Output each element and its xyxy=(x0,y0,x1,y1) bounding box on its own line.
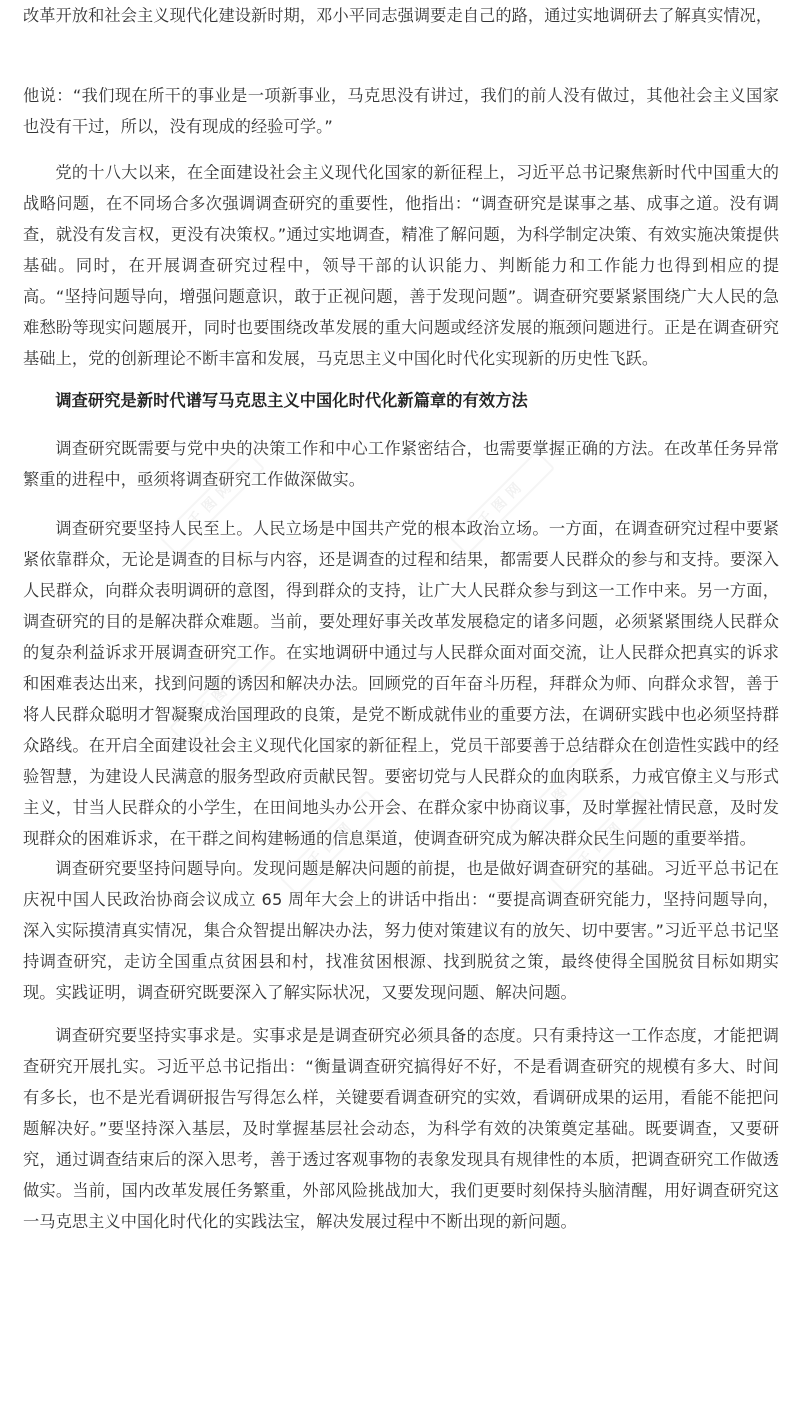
paragraph-method-intro: 调查研究既需要与党中央的决策工作和中心工作紧密结合，也需要掌握正确的方法。在改革… xyxy=(23,433,779,495)
paragraph-problem-oriented: 调查研究要坚持问题导向。发现问题是解决问题的前提，也是做好调查研究的基础。习近平… xyxy=(23,853,779,1008)
paragraph-deng-xiaoping-quote: 他说：“我们现在所干的事业是一项新事业，马克思没有讲过，我们的前人没有做过，其他… xyxy=(23,80,779,142)
paragraph-seek-truth: 调查研究要坚持实事求是。实事求是是调查研究必须具备的态度。只有秉持这一工作态度，… xyxy=(23,1020,779,1237)
paragraph-deng-xiaoping-intro: 改革开放和社会主义现代化建设新时期，邓小平同志强调要走自己的路，通过实地调研去了… xyxy=(23,0,772,31)
paragraph-eighteenth-congress: 党的十八大以来，在全面建设社会主义现代化国家的新征程上，习近平总书记聚焦新时代中… xyxy=(23,157,779,374)
paragraph-people-first: 调查研究要坚持人民至上。人民立场是中国共产党的根本政治立场。一方面，在调查研究过… xyxy=(23,513,779,854)
section-heading: 调查研究是新时代谱写马克思主义中国化时代化新篇章的有效方法 xyxy=(23,385,528,416)
